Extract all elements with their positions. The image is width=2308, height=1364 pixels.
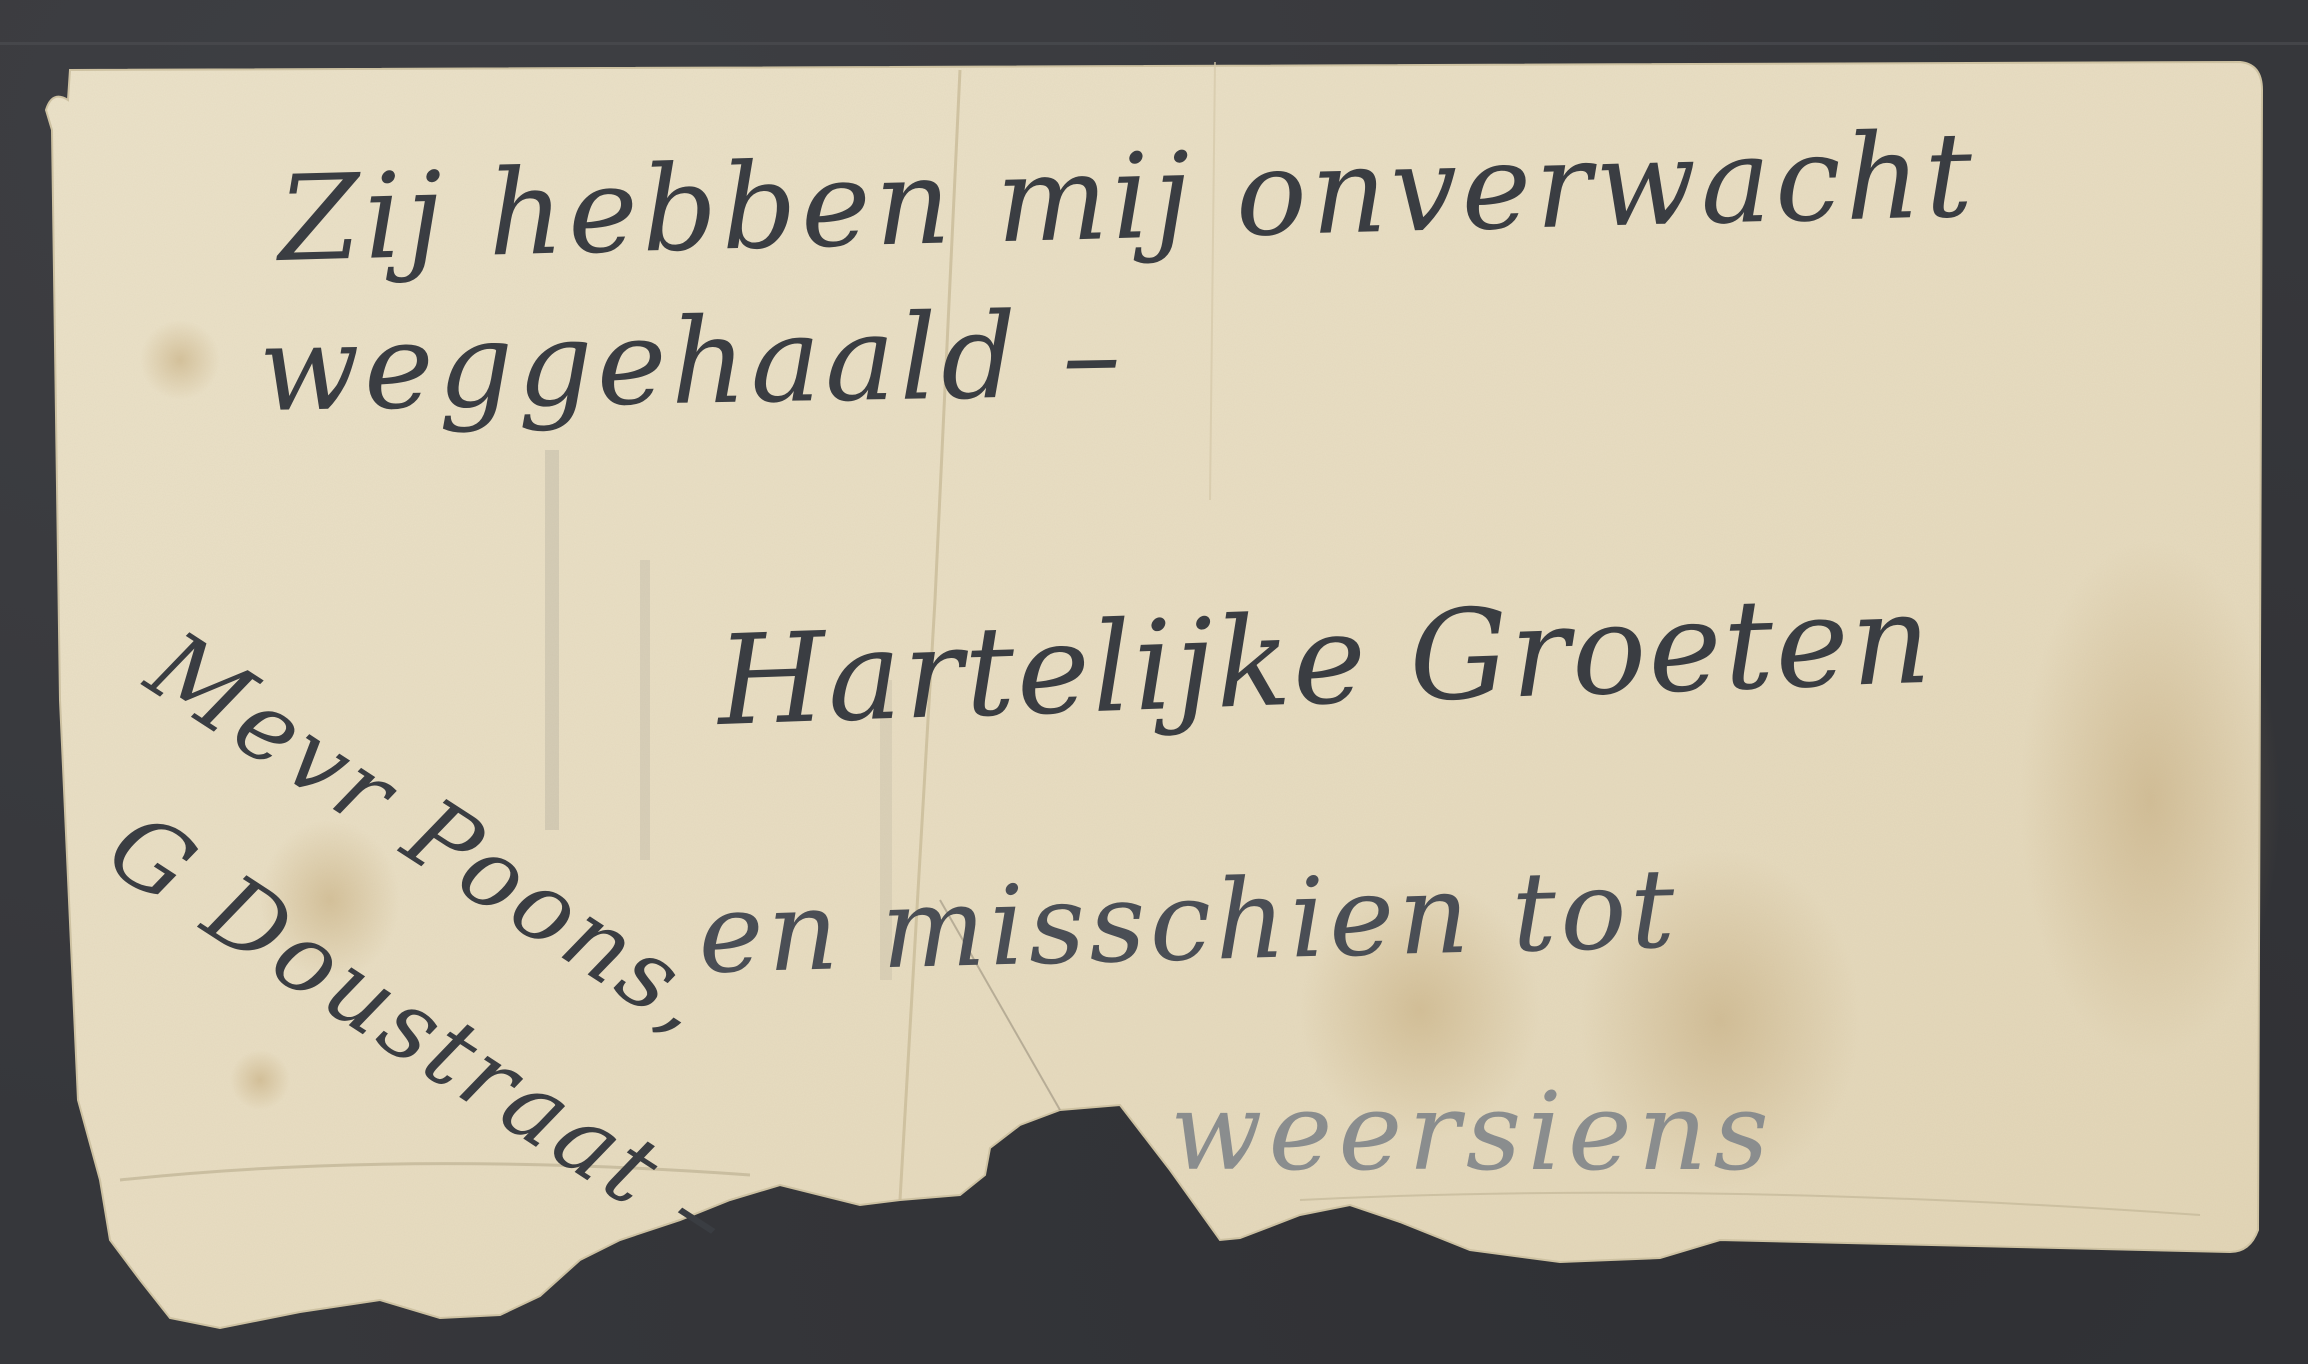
note-line-2: weggehaald – [258,285,1127,438]
note-line-4: en misschien tot [697,844,1680,998]
note-line-5-faded: weersiens [1170,1070,1775,1195]
scan-backdrop: Zij hebben mij onverwacht weggehaald – H… [0,0,2308,1364]
